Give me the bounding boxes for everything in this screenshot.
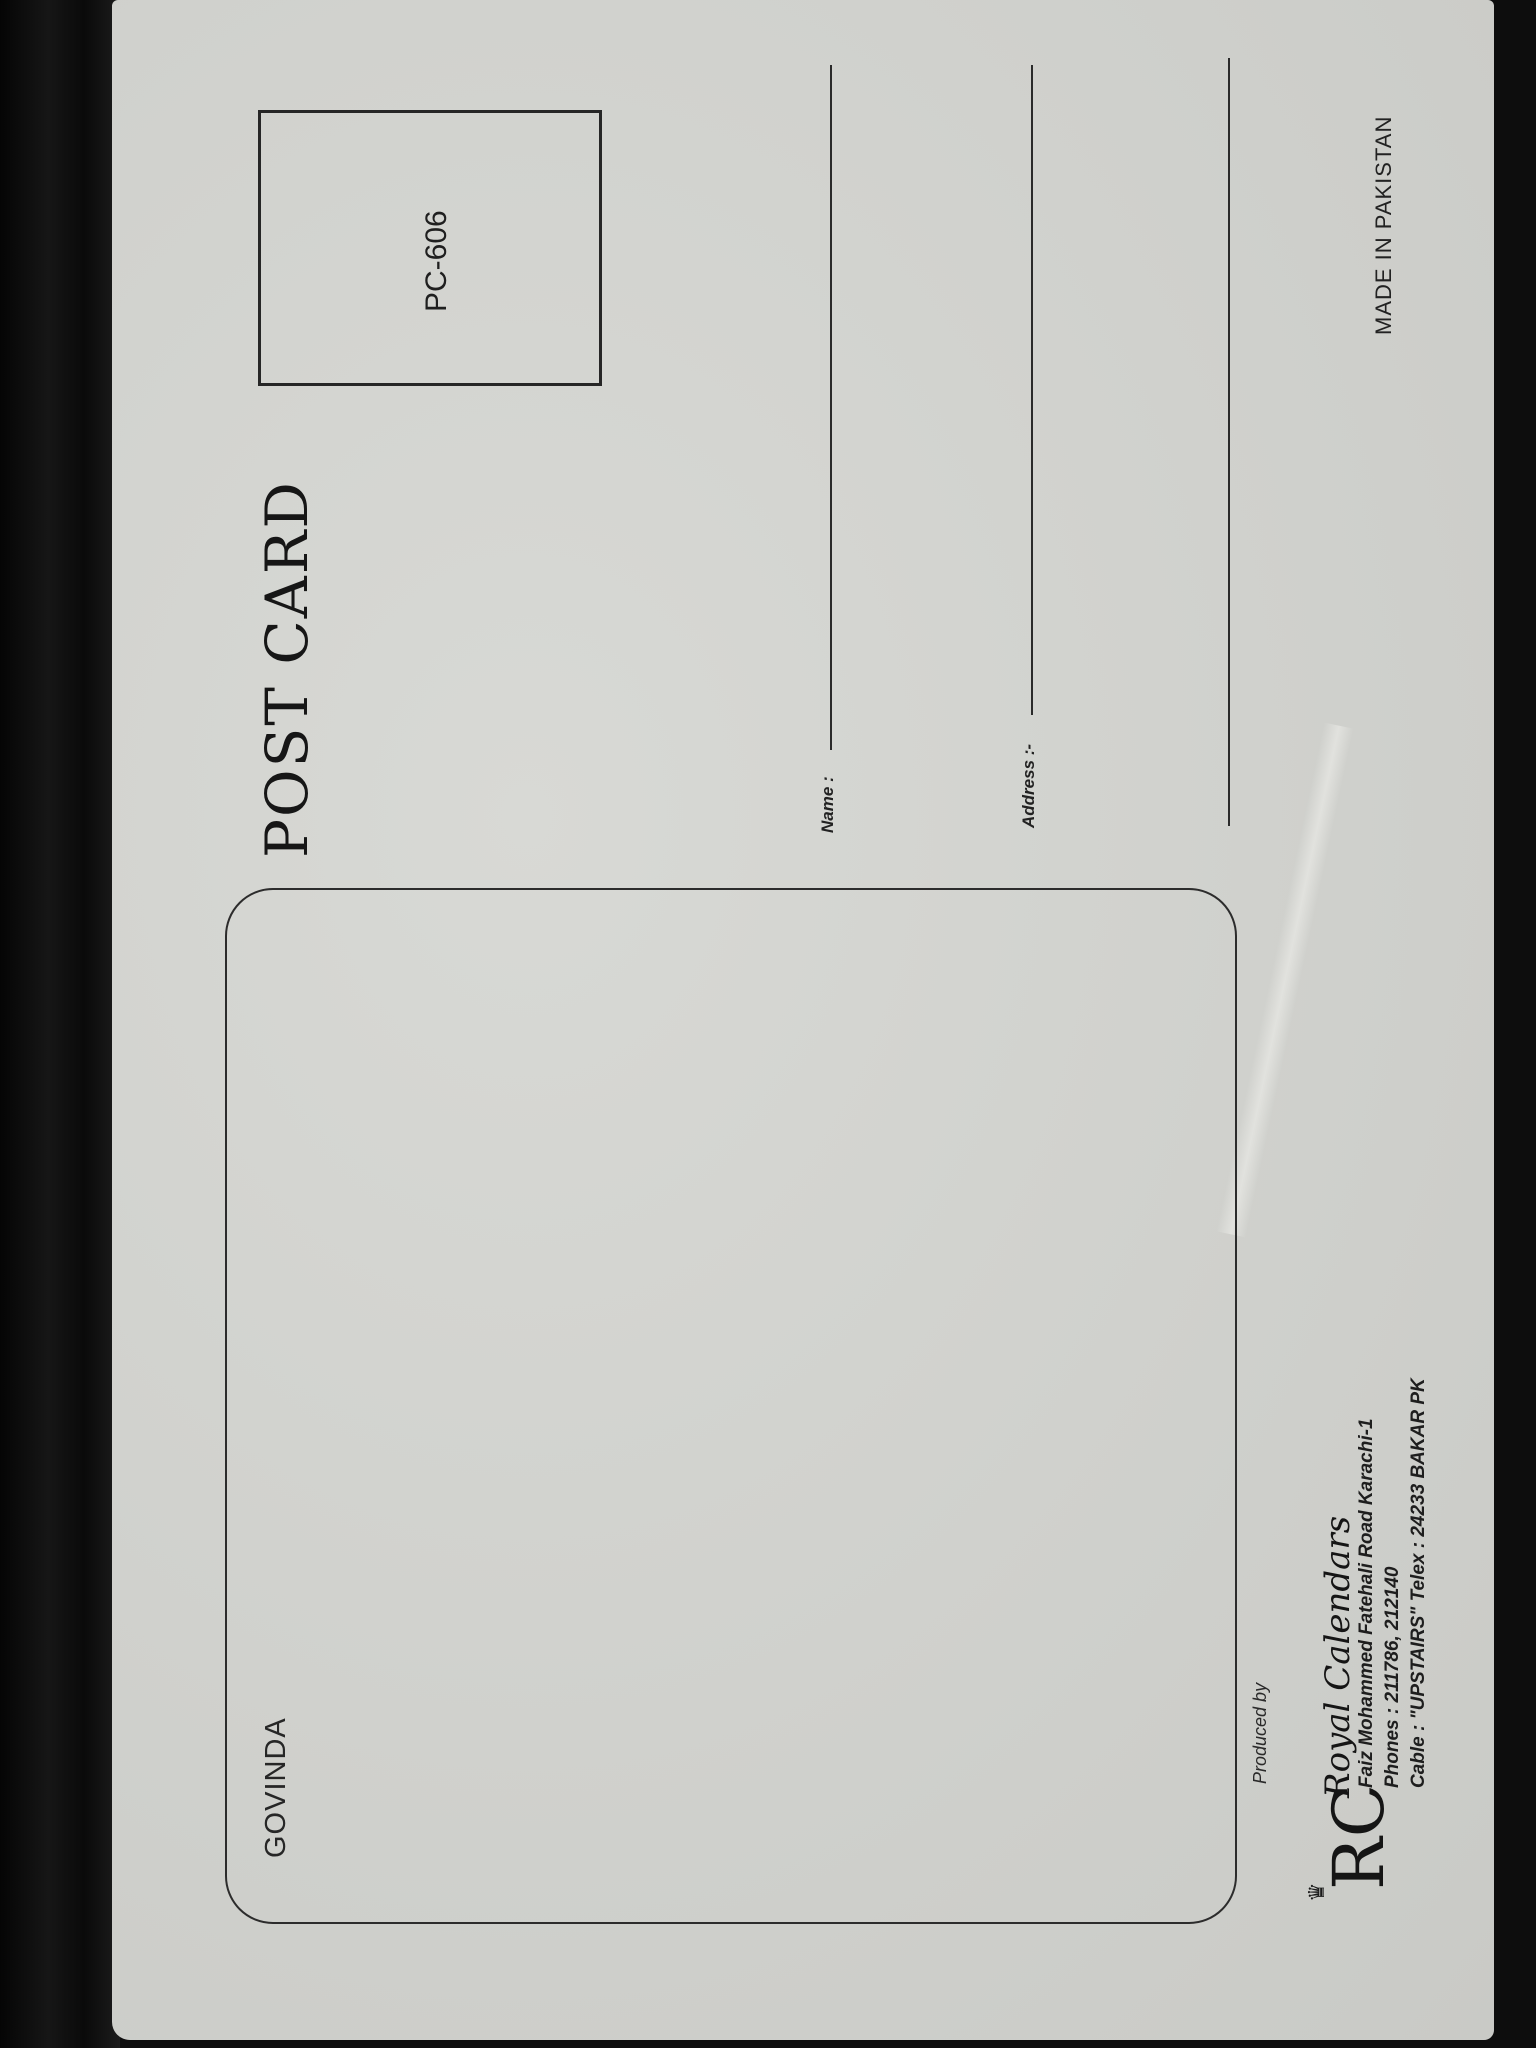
produced-by-label: Produced by [1250, 1683, 1271, 1784]
publisher-phones: Phones : 211786, 212140 [1382, 1567, 1404, 1788]
publisher-cable-telex: Cable : "UPSTAIRS" Telex : 24233 BAKAR P… [1408, 1378, 1430, 1788]
name-label: Name : [818, 776, 838, 833]
name-line[interactable] [830, 65, 832, 750]
address-line-1[interactable] [1031, 65, 1033, 715]
background-surface [0, 0, 120, 2048]
address-line-2[interactable] [1228, 58, 1230, 826]
postcard-title: POST CARD [253, 480, 321, 858]
publisher-address: Faiz Mohammed Fatehali Road Karachi-1 [1356, 1418, 1378, 1788]
address-label: Address :- [1019, 744, 1039, 828]
origin-label: MADE IN PAKISTAN [1371, 116, 1397, 335]
picture-caption: GOVINDA [260, 1717, 293, 1858]
publisher-logo: RC [1318, 1784, 1400, 1890]
picture-area [225, 888, 1237, 1924]
product-code: PC-606 [420, 210, 454, 312]
publisher-name: Royal Calendars [1318, 1516, 1358, 1798]
